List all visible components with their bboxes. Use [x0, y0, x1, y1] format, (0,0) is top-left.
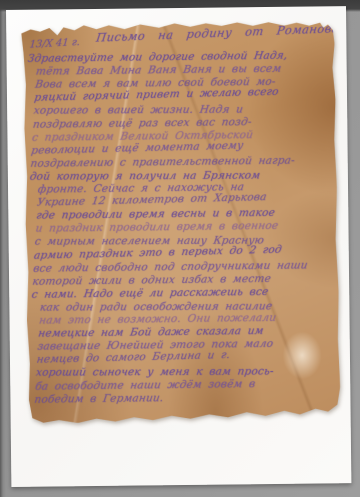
letter-line: которой жили в одних избах в месте — [32, 272, 272, 287]
letter-line: поздравляю ещё раз всех вас позд- — [32, 115, 253, 130]
letter-line: ба освободите наши ждём зовём в — [34, 377, 256, 392]
letter-paper: 13/X 41 г. Письмо на родину от Романова … — [21, 20, 341, 424]
mount-sheet: 13/X 41 г. Письмо на родину от Романова … — [6, 6, 351, 487]
letter-line: хорошего в вашей жизни. Надя и — [33, 104, 244, 117]
letter-line: поздравлению с правительственной награ- — [30, 154, 296, 169]
letter-line: хороший сыночек у меня к вам прось- — [35, 366, 274, 379]
letter-line: победим в Германии. — [34, 392, 165, 406]
letter-paper-shadow: 13/X 41 г. Письмо на родину от Романова … — [6, 6, 351, 487]
letter-lines: Здравствуйте мои дорогие сводной Надя,тё… — [21, 20, 341, 424]
letter-line: с нами. Надо ещё ли расскажешь все — [31, 286, 270, 301]
letter-line: и праздник проводили время в военное — [35, 220, 279, 235]
